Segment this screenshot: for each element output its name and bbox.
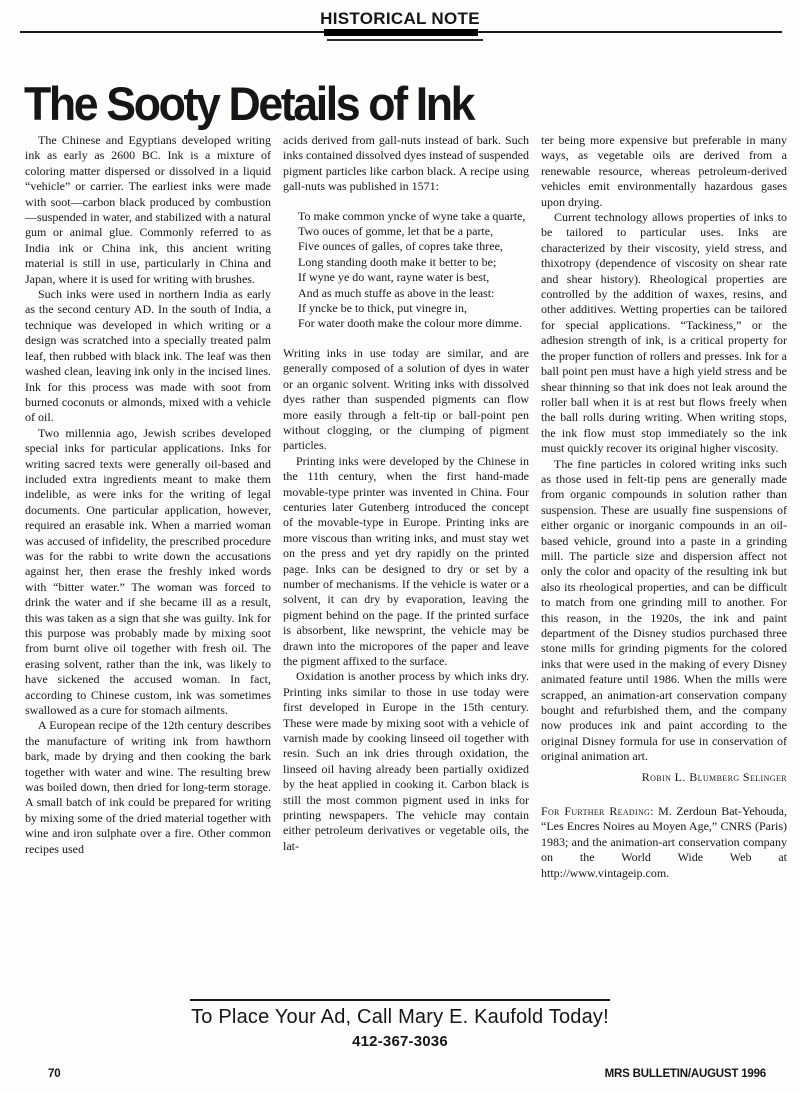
paragraph-printing-inks: Printing inks were developed by the Chin… — [283, 454, 529, 670]
paragraph-fine-particles-disney: The fine particles in colored writing in… — [541, 457, 787, 765]
paragraph-jewish-scribes: Two millennia ago, Jewish scribes develo… — [25, 426, 271, 719]
further-reading: For Further Reading: M. Zerdoun Bat-Yeho… — [541, 804, 787, 881]
paragraph-current-technology: Current technology allows properties of … — [541, 210, 787, 457]
further-reading-label: For Further Reading: — [541, 804, 654, 818]
text-column-3: ter being more expensive but preferable … — [541, 133, 787, 881]
paragraph-writing-inks-today: Writing inks in use today are similar, a… — [283, 346, 529, 454]
author-byline: Robin L. Blumberg Selinger — [541, 770, 787, 785]
poem-line: For water dooth make the colour more dim… — [298, 316, 529, 331]
paragraph-gall-nuts: acids derived from gall-nuts instead of … — [283, 133, 529, 195]
ad-phone-number: 412-367-3036 — [190, 1033, 610, 1050]
advertising-banner: To Place Your Ad, Call Mary E. Kaufold T… — [190, 999, 610, 1050]
paragraph-northern-india: Such inks were used in northern India as… — [25, 287, 271, 426]
journal-issue-label: MRS BULLETIN/AUGUST 1996 — [605, 1068, 766, 1080]
paragraph-european-recipe: A European recipe of the 12th century de… — [25, 718, 271, 857]
poem-line: To make common yncke of wyne take a quar… — [298, 209, 529, 224]
ad-headline: To Place Your Ad, Call Mary E. Kaufold T… — [190, 1006, 610, 1029]
header-rule-underline — [327, 39, 483, 41]
paragraph-oxidation: Oxidation is another process by which in… — [283, 669, 529, 854]
text-column-1: The Chinese and Egyptians developed writ… — [25, 133, 271, 857]
paragraph-chinese-egyptians: The Chinese and Egyptians developed writ… — [25, 133, 271, 287]
poem-line: Five ounces of galles, of copres take th… — [298, 239, 529, 254]
poem-line: And as much stuffe as above in the least… — [298, 286, 529, 301]
article-title: The Sooty Details of Ink — [24, 80, 473, 127]
section-header-title: HISTORICAL NOTE — [0, 9, 800, 29]
poem-line: Two ouces of gomme, let that be a parte, — [298, 224, 529, 239]
text-column-2: acids derived from gall-nuts instead of … — [283, 133, 529, 854]
page-number: 70 — [48, 1068, 60, 1080]
poem-line: If yncke be to thick, put vinegre in, — [298, 301, 529, 316]
poem-line: Long standing dooth make it better to be… — [298, 255, 529, 270]
poem-line: If wyne ye do want, rayne water is best, — [298, 270, 529, 285]
ink-recipe-poem: To make common yncke of wyne take a quar… — [298, 209, 529, 332]
header-rule-thick-bar — [324, 29, 478, 36]
paragraph-vegetable-oils: ter being more expensive but preferable … — [541, 133, 787, 210]
